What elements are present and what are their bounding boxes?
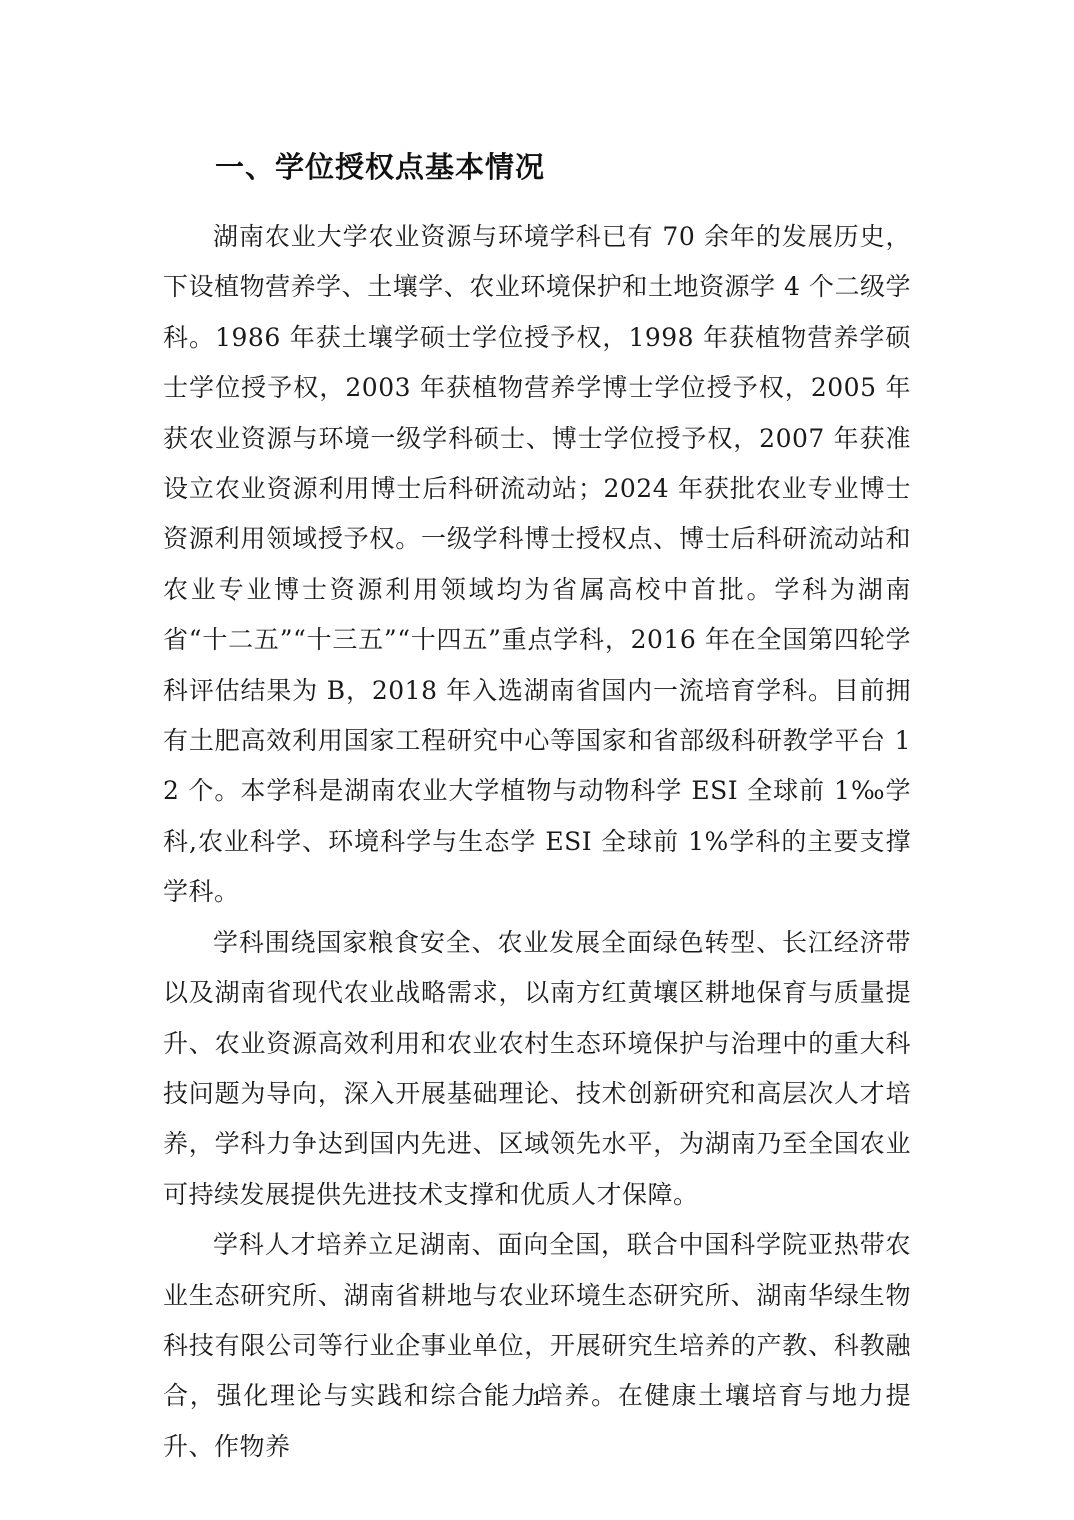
section-title: 一、学位授权点基本情况 xyxy=(163,146,911,188)
document-page: 一、学位授权点基本情况 湖南农业大学农业资源与环境学科已有 70 余年的发展历史… xyxy=(0,0,1074,1520)
page-number: 1 xyxy=(0,1386,1074,1412)
document-content: 一、学位授权点基本情况 湖南农业大学农业资源与环境学科已有 70 余年的发展历史… xyxy=(163,146,911,1472)
paragraph-discipline-history: 湖南农业大学农业资源与环境学科已有 70 余年的发展历史，下设植物营养学、土壤学… xyxy=(163,212,911,918)
paragraph-talent-training: 学科人才培养立足湖南、面向全国，联合中国科学院亚热带农业生态研究所、湖南省耕地与… xyxy=(163,1220,911,1472)
paragraph-discipline-orientation: 学科围绕国家粮食安全、农业发展全面绿色转型、长江经济带以及湖南省现代农业战略需求… xyxy=(163,918,911,1220)
